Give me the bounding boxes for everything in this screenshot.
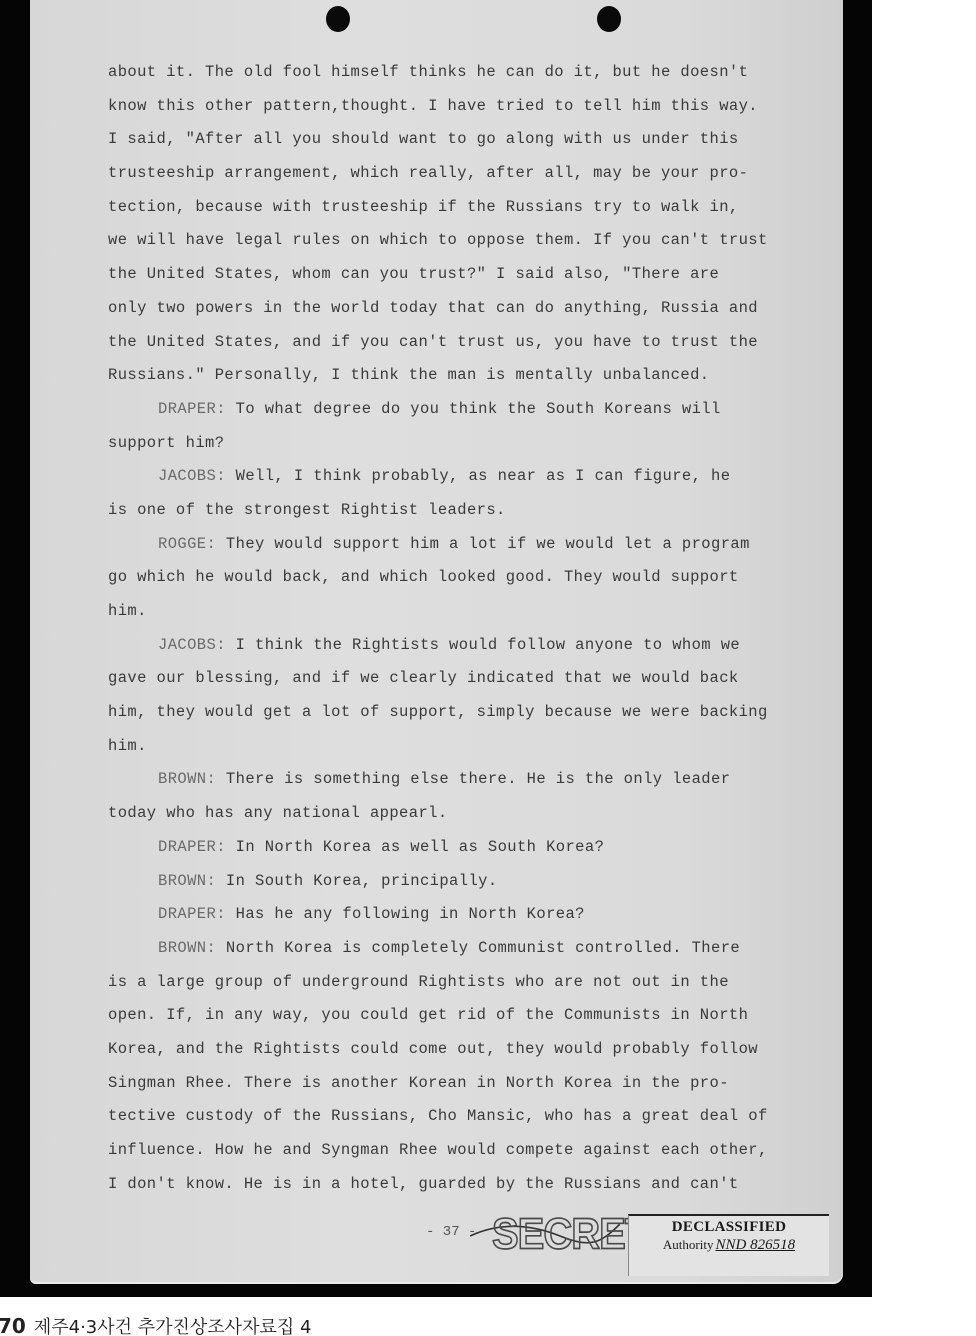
line-text: we will have legal rules on which to opp… <box>108 231 768 249</box>
line-text: know this other pattern,thought. I have … <box>108 97 758 115</box>
line-text: only two powers in the world today that … <box>108 299 758 317</box>
line-text: is one of the strongest Rightist leaders… <box>108 501 506 519</box>
declassified-authority: AuthorityNND 826518 <box>629 1237 829 1254</box>
line-text: I said, "After all you should want to go… <box>108 130 739 148</box>
text-line: only two powers in the world today that … <box>108 292 828 326</box>
line-text: Has he any following in North Korea? <box>226 905 585 923</box>
speaker-label: BROWN: <box>158 770 216 788</box>
text-line: the United States, whom can you trust?" … <box>108 258 828 292</box>
text-line: DRAPER: To what degree do you think the … <box>108 393 828 427</box>
speaker-label: JACOBS: <box>158 467 226 485</box>
secret-stamp: SECRET <box>492 1210 648 1260</box>
speaker-label: ROGGE: <box>158 535 216 553</box>
text-line: open. If, in any way, you could get rid … <box>108 999 828 1033</box>
line-text: They would support him a lot if we would… <box>216 535 750 553</box>
punch-hole-icon <box>597 6 621 32</box>
line-text: the United States, and if you can't trus… <box>108 333 758 351</box>
text-line: DRAPER: In North Korea as well as South … <box>108 831 828 865</box>
document-page: about it. The old fool himself thinks he… <box>30 0 843 1284</box>
speaker-label: DRAPER: <box>158 838 226 856</box>
book-page-number: 70 <box>0 1314 26 1336</box>
line-text: Russians." Personally, I think the man i… <box>108 366 710 384</box>
text-line: I said, "After all you should want to go… <box>108 123 828 157</box>
text-line: know this other pattern,thought. I have … <box>108 90 828 124</box>
line-text: Korea, and the Rightists could come out,… <box>108 1040 758 1058</box>
line-text: go which he would back, and which looked… <box>108 568 739 586</box>
speaker-label: JACOBS: <box>158 636 226 654</box>
punch-hole-icon <box>326 6 350 32</box>
line-text: In South Korea, principally. <box>216 872 497 890</box>
line-text: the United States, whom can you trust?" … <box>108 265 719 283</box>
text-line: is a large group of underground Rightist… <box>108 966 828 1000</box>
line-text: I think the Rightists would follow anyon… <box>226 636 740 654</box>
book-footer: 70제주4·3사건 추가진상조사자료집 4 <box>0 1313 311 1336</box>
line-text: is a large group of underground Rightist… <box>108 973 729 991</box>
line-text: him, they would get a lot of support, si… <box>108 703 768 721</box>
text-line: influence. How he and Syngman Rhee would… <box>108 1134 828 1168</box>
declassified-title: DECLASSIFIED <box>629 1219 829 1236</box>
text-line: the United States, and if you can't trus… <box>108 326 828 360</box>
text-line: Singman Rhee. There is another Korean in… <box>108 1067 828 1101</box>
line-text: trusteeship arrangement, which really, a… <box>108 164 748 182</box>
text-line: go which he would back, and which looked… <box>108 561 828 595</box>
text-line: tective custody of the Russians, Cho Man… <box>108 1100 828 1134</box>
authority-label: Authority <box>663 1237 714 1252</box>
line-text: I don't know. He is in a hotel, guarded … <box>108 1175 739 1193</box>
text-line: Korea, and the Rightists could come out,… <box>108 1033 828 1067</box>
line-text: open. If, in any way, you could get rid … <box>108 1006 748 1024</box>
page-number: - 37 - <box>426 1224 476 1240</box>
line-text: tective custody of the Russians, Cho Man… <box>108 1107 768 1125</box>
line-text: him. <box>108 602 147 620</box>
text-line: JACOBS: Well, I think probably, as near … <box>108 460 828 494</box>
speaker-label: BROWN: <box>158 939 216 957</box>
text-line: we will have legal rules on which to opp… <box>108 224 828 258</box>
text-line: today who has any national appearl. <box>108 797 828 831</box>
line-text: about it. The old fool himself thinks he… <box>108 63 748 81</box>
text-line: about it. The old fool himself thinks he… <box>108 56 828 90</box>
text-line: ROGGE: They would support him a lot if w… <box>108 528 828 562</box>
line-text: Well, I think probably, as near as I can… <box>226 467 730 485</box>
line-text: To what degree do you think the South Ko… <box>226 400 721 418</box>
line-text: In North Korea as well as South Korea? <box>226 838 604 856</box>
text-line: trusteeship arrangement, which really, a… <box>108 157 828 191</box>
text-line: him. <box>108 595 828 629</box>
line-text: support him? <box>108 434 224 452</box>
text-line: him, they would get a lot of support, si… <box>108 696 828 730</box>
text-line: I don't know. He is in a hotel, guarded … <box>108 1168 828 1202</box>
text-line: gave our blessing, and if we clearly ind… <box>108 662 828 696</box>
text-line: tection, because with trusteeship if the… <box>108 191 828 225</box>
text-line: BROWN: North Korea is completely Communi… <box>108 932 828 966</box>
transcript-body: about it. The old fool himself thinks he… <box>108 56 828 1201</box>
line-text: tection, because with trusteeship if the… <box>108 198 739 216</box>
scan-frame: about it. The old fool himself thinks he… <box>0 0 872 1297</box>
book-title: 제주4·3사건 추가진상조사자료집 4 <box>34 1317 312 1336</box>
line-text: North Korea is completely Communist cont… <box>216 939 740 957</box>
text-line: DRAPER: Has he any following in North Ko… <box>108 898 828 932</box>
speaker-label: DRAPER: <box>158 400 226 418</box>
line-text: gave our blessing, and if we clearly ind… <box>108 669 739 687</box>
text-line: support him? <box>108 427 828 461</box>
line-text: him. <box>108 737 147 755</box>
declassified-stamp: DECLASSIFIED AuthorityNND 826518 <box>628 1214 829 1276</box>
speaker-label: BROWN: <box>158 872 216 890</box>
page-footer: - 37 - SECRET DECLASSIFIED AuthorityNND … <box>30 1210 843 1270</box>
line-text: influence. How he and Syngman Rhee would… <box>108 1141 768 1159</box>
speaker-label: DRAPER: <box>158 905 226 923</box>
line-text: Singman Rhee. There is another Korean in… <box>108 1074 729 1092</box>
text-line: JACOBS: I think the Rightists would foll… <box>108 629 828 663</box>
text-line: BROWN: There is something else there. He… <box>108 763 828 797</box>
text-line: him. <box>108 730 828 764</box>
text-line: is one of the strongest Rightist leaders… <box>108 494 828 528</box>
authority-value: NND 826518 <box>715 1237 795 1253</box>
line-text: today who has any national appearl. <box>108 804 448 822</box>
text-line: Russians." Personally, I think the man i… <box>108 359 828 393</box>
text-line: BROWN: In South Korea, principally. <box>108 865 828 899</box>
line-text: There is something else there. He is the… <box>216 770 730 788</box>
